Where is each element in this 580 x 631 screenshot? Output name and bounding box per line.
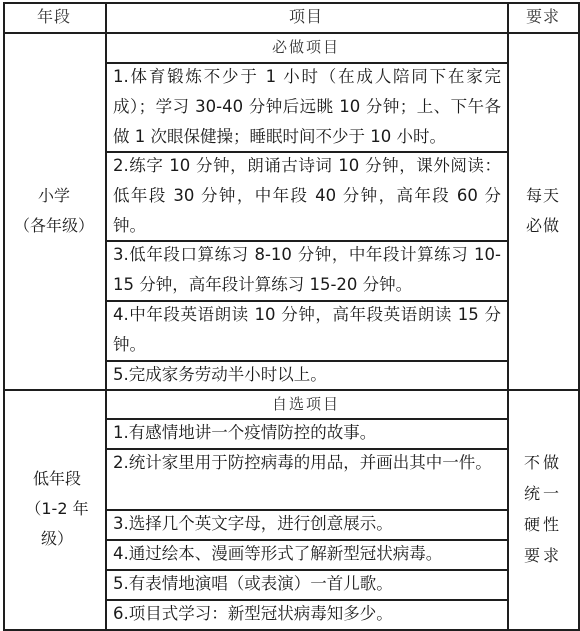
grade-label: 级）: [25, 524, 88, 554]
grade-label: （1-2 年: [25, 494, 88, 524]
table-row-item: 5.完成家务劳动半小时以上。: [105, 360, 507, 389]
table-row-item: 2.统计家里用于防控病毒的用品，并画出其中一件。: [105, 448, 507, 509]
header-items: 项目: [105, 2, 507, 32]
requirement-cell-daily: 每天 必做: [507, 32, 579, 389]
subheader-required: 必做项目: [105, 32, 507, 62]
grade-label: 低年段: [25, 464, 88, 494]
header-requirement: 要求: [507, 2, 579, 32]
table-row-item: 2.练字 10 分钟，朗诵古诗词 10 分钟，课外阅读：低年段 30 分钟，中年…: [105, 151, 507, 240]
table-row-item: 4.通过绘本、漫画等形式了解新型冠状病毒。: [105, 539, 507, 569]
table-row-item: 1.体育锻炼不少于 1 小时（在成人陪同下在家完成）；学习 30-40 分钟后远…: [105, 62, 507, 151]
grade-cell-lower: 低年段 （1-2 年 级）: [3, 389, 105, 629]
requirement-label: 必做: [526, 211, 560, 241]
grade-label: （各年级）: [14, 211, 94, 241]
table-row-item: 3.低年段口算练习 8-10 分钟，中年段计算练习 10-15 分钟，高年段计算…: [105, 240, 507, 300]
subheader-optional: 自选项目: [105, 389, 507, 418]
table-row-item: 5.有表情地演唱（或表演）一首儿歌。: [105, 569, 507, 599]
requirement-label: 硬性: [524, 509, 562, 540]
grade-label: 小学: [14, 181, 94, 211]
schedule-table: 年段 项目 要求 小学 （各年级） 必做项目 1.体育锻炼不少于 1 小时（在成…: [3, 0, 579, 630]
header-grade: 年段: [3, 2, 105, 32]
requirement-label: 统一: [524, 478, 562, 509]
grade-cell-primary: 小学 （各年级）: [3, 32, 105, 389]
requirement-label: 不做: [524, 447, 562, 478]
table-row-item: 6.项目式学习：新型冠状病毒知多少。: [105, 599, 507, 629]
table-row-item: 3.选择几个英文字母，进行创意展示。: [105, 509, 507, 539]
table-border-bottom: [3, 629, 579, 631]
requirement-cell-optional: 不做 统一 硬性 要求: [507, 389, 579, 629]
table-row-item: 4.中年段英语朗读 10 分钟，高年段英语朗读 15 分钟。: [105, 300, 507, 360]
requirement-label: 每天: [526, 181, 560, 211]
requirement-label: 要求: [524, 540, 562, 571]
table-row-item: 1.有感情地讲一个疫情防控的故事。: [105, 418, 507, 448]
